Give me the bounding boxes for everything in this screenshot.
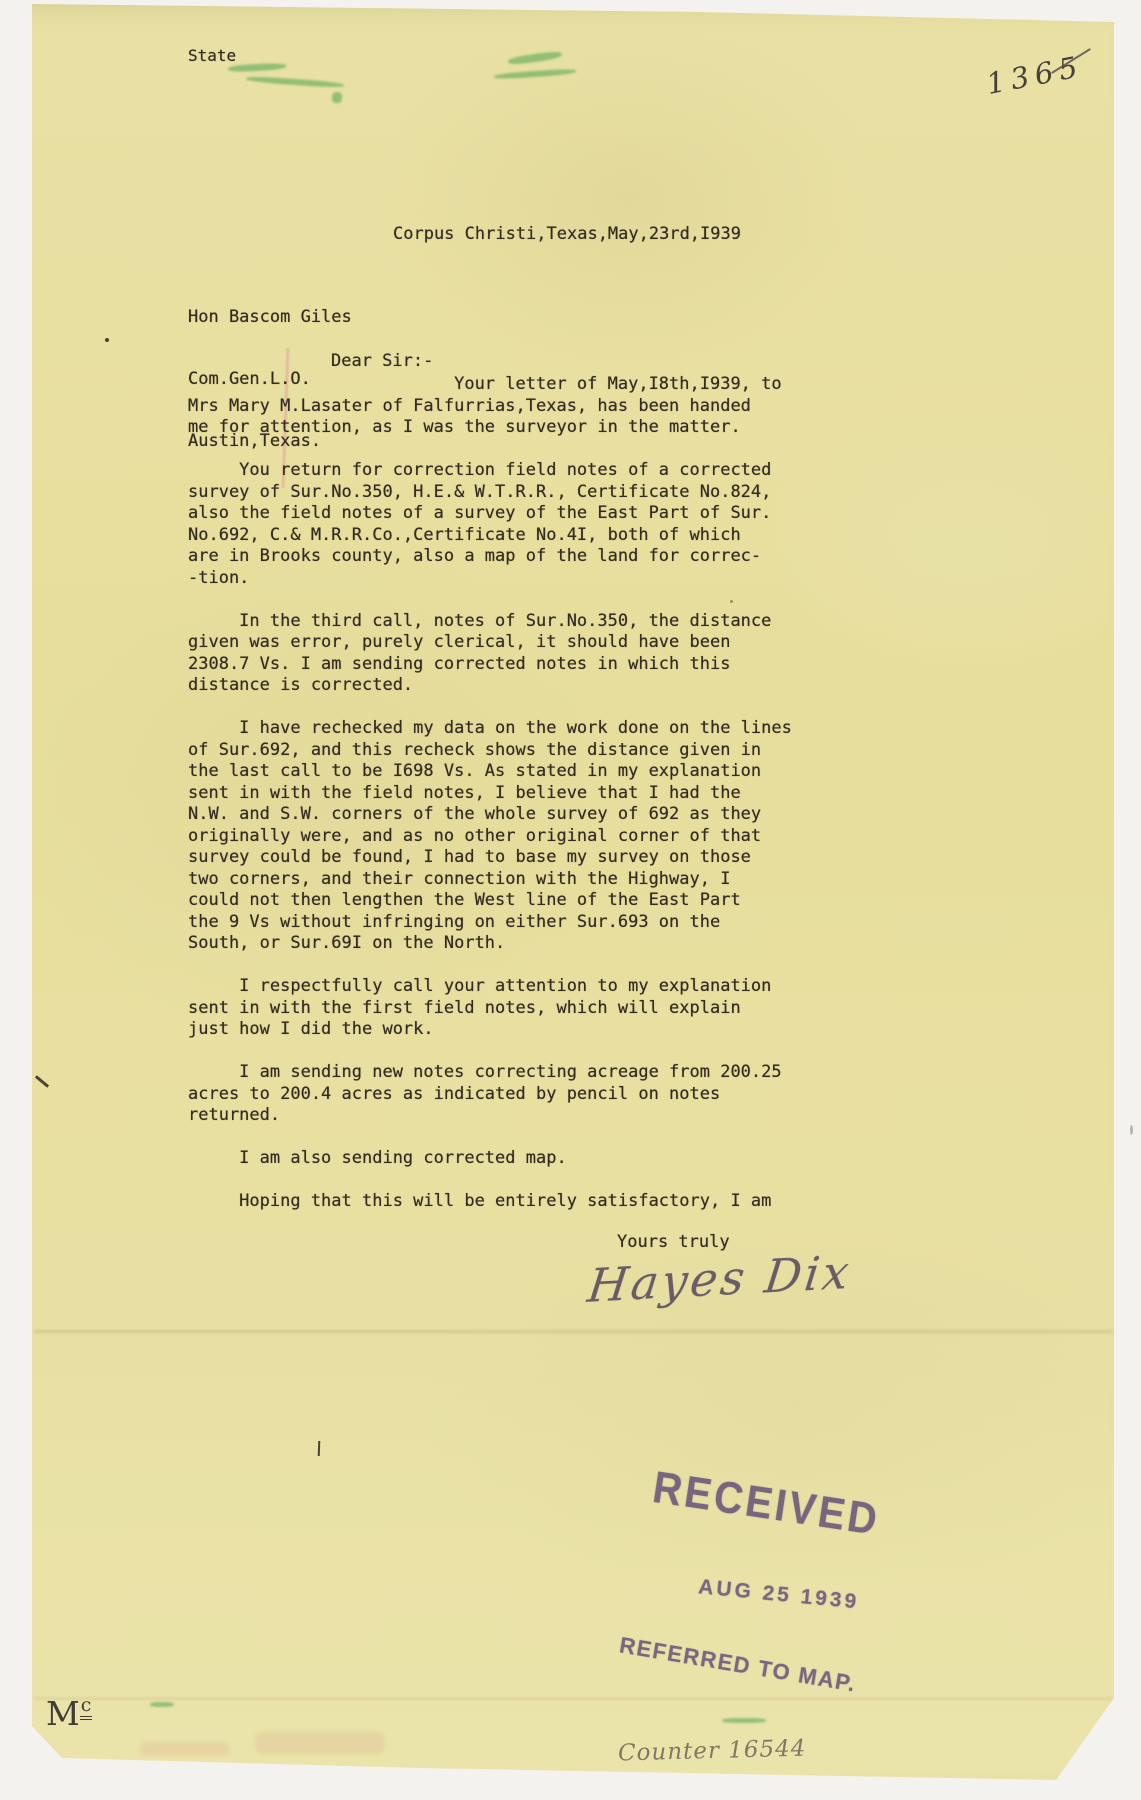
counter-annotation: Counter 16544 — [618, 1736, 807, 1767]
green-pencil-mark — [332, 92, 342, 103]
ink-speck — [1130, 1125, 1133, 1135]
salutation: Dear Sir:- — [331, 351, 433, 371]
place-date-line: Corpus Christi,Texas,May,23rd,I939 — [393, 224, 741, 244]
bleed-through-smudge — [140, 1742, 230, 1756]
letter-body: Your letter of May,I8th,I939, to Mrs Mar… — [188, 374, 792, 1213]
closing-line: Yours truly — [617, 1232, 730, 1252]
clerk-initials: Mc — [46, 1694, 92, 1733]
bleed-through-smudge — [255, 1732, 385, 1754]
fold-crease — [34, 1697, 1112, 1700]
ink-speck — [730, 600, 733, 603]
green-pencil-mark — [722, 1718, 766, 1723]
recipient-name: Hon Bascom Giles — [188, 306, 352, 328]
state-label: State — [188, 46, 236, 65]
scanned-letter-page: State 1365 Corpus Christi,Texas,May,23rd… — [0, 0, 1141, 1800]
ink-speck — [105, 338, 109, 342]
clerk-initial-m: M — [46, 1694, 80, 1733]
green-pencil-mark — [150, 1702, 174, 1707]
clerk-initial-c: c — [80, 1694, 93, 1720]
fold-crease — [34, 1330, 1112, 1333]
